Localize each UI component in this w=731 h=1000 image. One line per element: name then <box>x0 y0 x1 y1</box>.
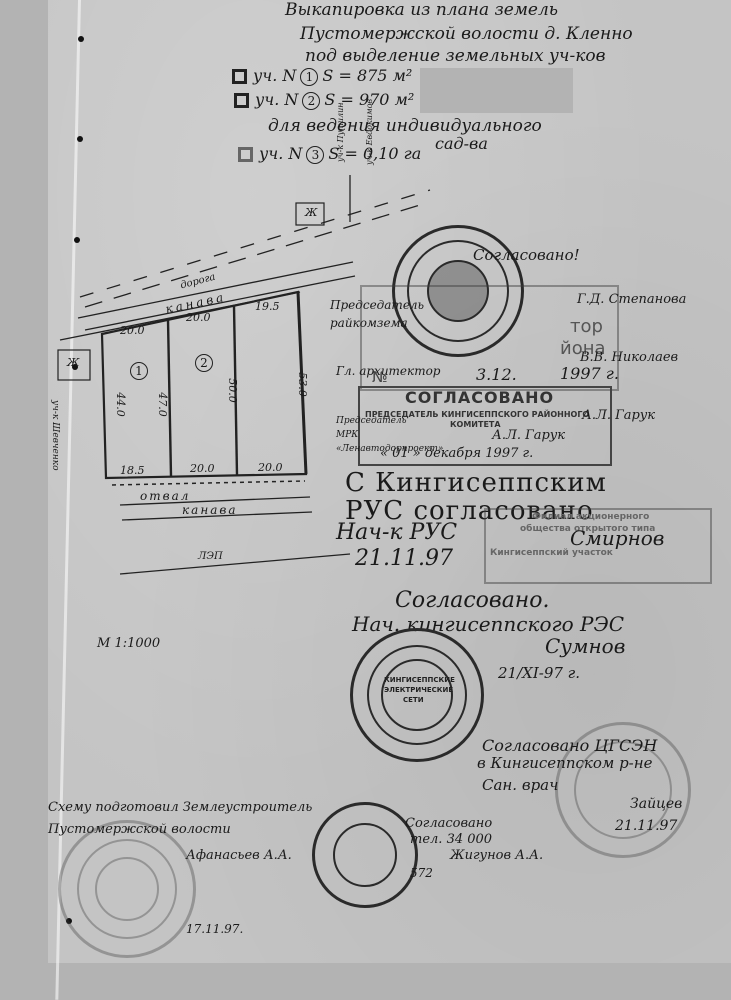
neighbor-top-2-label: уч-к Евдокимов <box>365 99 374 165</box>
stamp-number: № <box>372 368 388 386</box>
box-title: СОГЛАСОВАНО <box>405 388 554 407</box>
box-name: А.Л. Гарук <box>582 408 655 423</box>
res-date: 21/XI-97 г. <box>498 664 580 682</box>
seal-gibdd <box>312 802 418 908</box>
zemleustr-line-2: Пустомержской волости <box>48 822 231 837</box>
architect-name: В.В. Николаев <box>580 350 678 365</box>
box-date: « 01 » декабря 1997 г. <box>380 446 533 461</box>
stamp-year: 1997 г. <box>560 364 619 383</box>
neighbor-left-label: уч-к Шевченко <box>50 400 60 471</box>
dim-top-1: 20.0 <box>120 324 145 337</box>
zemleustr-line-1: Схему подготовил Землеустроитель <box>48 800 312 815</box>
dim-side-4: 53.0 <box>296 372 309 397</box>
rus-line-3: Нач-к РУС <box>336 520 457 545</box>
stamp-date: 3.12. <box>476 365 517 384</box>
rus-line-1: С Кингисеппским <box>345 468 607 498</box>
seal-kingisepp-electric-networks <box>350 628 484 762</box>
res-line-1: Согласовано. <box>395 588 550 613</box>
res-stamp-center-1: КИНГИСЕППСКИЕ <box>384 676 455 684</box>
gibdd-signer: Жигунов А.А. <box>450 848 543 863</box>
res-stamp-center-2: ЭЛЕКТРИЧЕСКИЕ <box>384 686 453 694</box>
cgsen-line-1: Согласовано ЦГСЭН <box>482 736 657 755</box>
dump-label: отвал <box>140 489 190 503</box>
cgsen-date: 21.11.97 <box>615 818 677 834</box>
seal-volost-administration <box>58 820 196 958</box>
plot-1-label: 1 <box>126 362 152 380</box>
dim-top-2: 20.0 <box>186 311 211 324</box>
ditch-bottom-label: канава <box>182 503 238 517</box>
dim-bottom-3: 20.0 <box>258 461 283 474</box>
plot-2-label: 2 <box>191 354 217 372</box>
res-stamp-center-3: СЕТИ <box>403 696 424 704</box>
zemleustr-name: Афанасьев А.А. <box>186 848 292 863</box>
rus-signer: Смирнов <box>570 526 664 550</box>
dim-side-2: 47.0 <box>156 392 169 417</box>
house-symbol-left: Ж <box>67 356 79 369</box>
teplo-stamp-line-1: Филиал акционерного <box>532 512 649 522</box>
soglasovano-1: Согласовано! <box>473 246 580 264</box>
dim-top-3: 19.5 <box>255 300 280 313</box>
neighbor-top-1-label: уч-к Путилин <box>336 102 345 162</box>
cgsen-line-2: в Кингисеппском р-не <box>477 754 653 772</box>
dim-bottom-2: 20.0 <box>190 462 215 475</box>
gibdd-line-1: Согласовано <box>405 816 492 831</box>
box-name-2: А.Л. Гарук <box>492 428 565 443</box>
dim-bottom-1: 18.5 <box>120 464 145 477</box>
dim-side-1: 44.0 <box>114 392 127 417</box>
cgsen-line-3: Сан. врач <box>482 776 558 794</box>
stamp-partial-1: тор <box>570 316 603 337</box>
architect-label: Гл. архитектор <box>336 364 440 378</box>
dim-side-3: 50.0 <box>226 378 239 403</box>
gibdd-stamp-number: 572 <box>410 866 433 880</box>
house-symbol-top: Ж <box>305 206 317 219</box>
scale-label: М 1:1000 <box>97 636 160 651</box>
cgsen-signer: Зайцев <box>630 796 682 812</box>
zemleustr-date: 17.11.97. <box>186 922 243 936</box>
rus-date: 21.11.97 <box>355 546 453 571</box>
res-signer: Сумнов <box>545 634 625 658</box>
gibdd-line-2: тел. 34 000 <box>410 832 492 847</box>
power-line-label: ЛЭП <box>198 551 223 562</box>
